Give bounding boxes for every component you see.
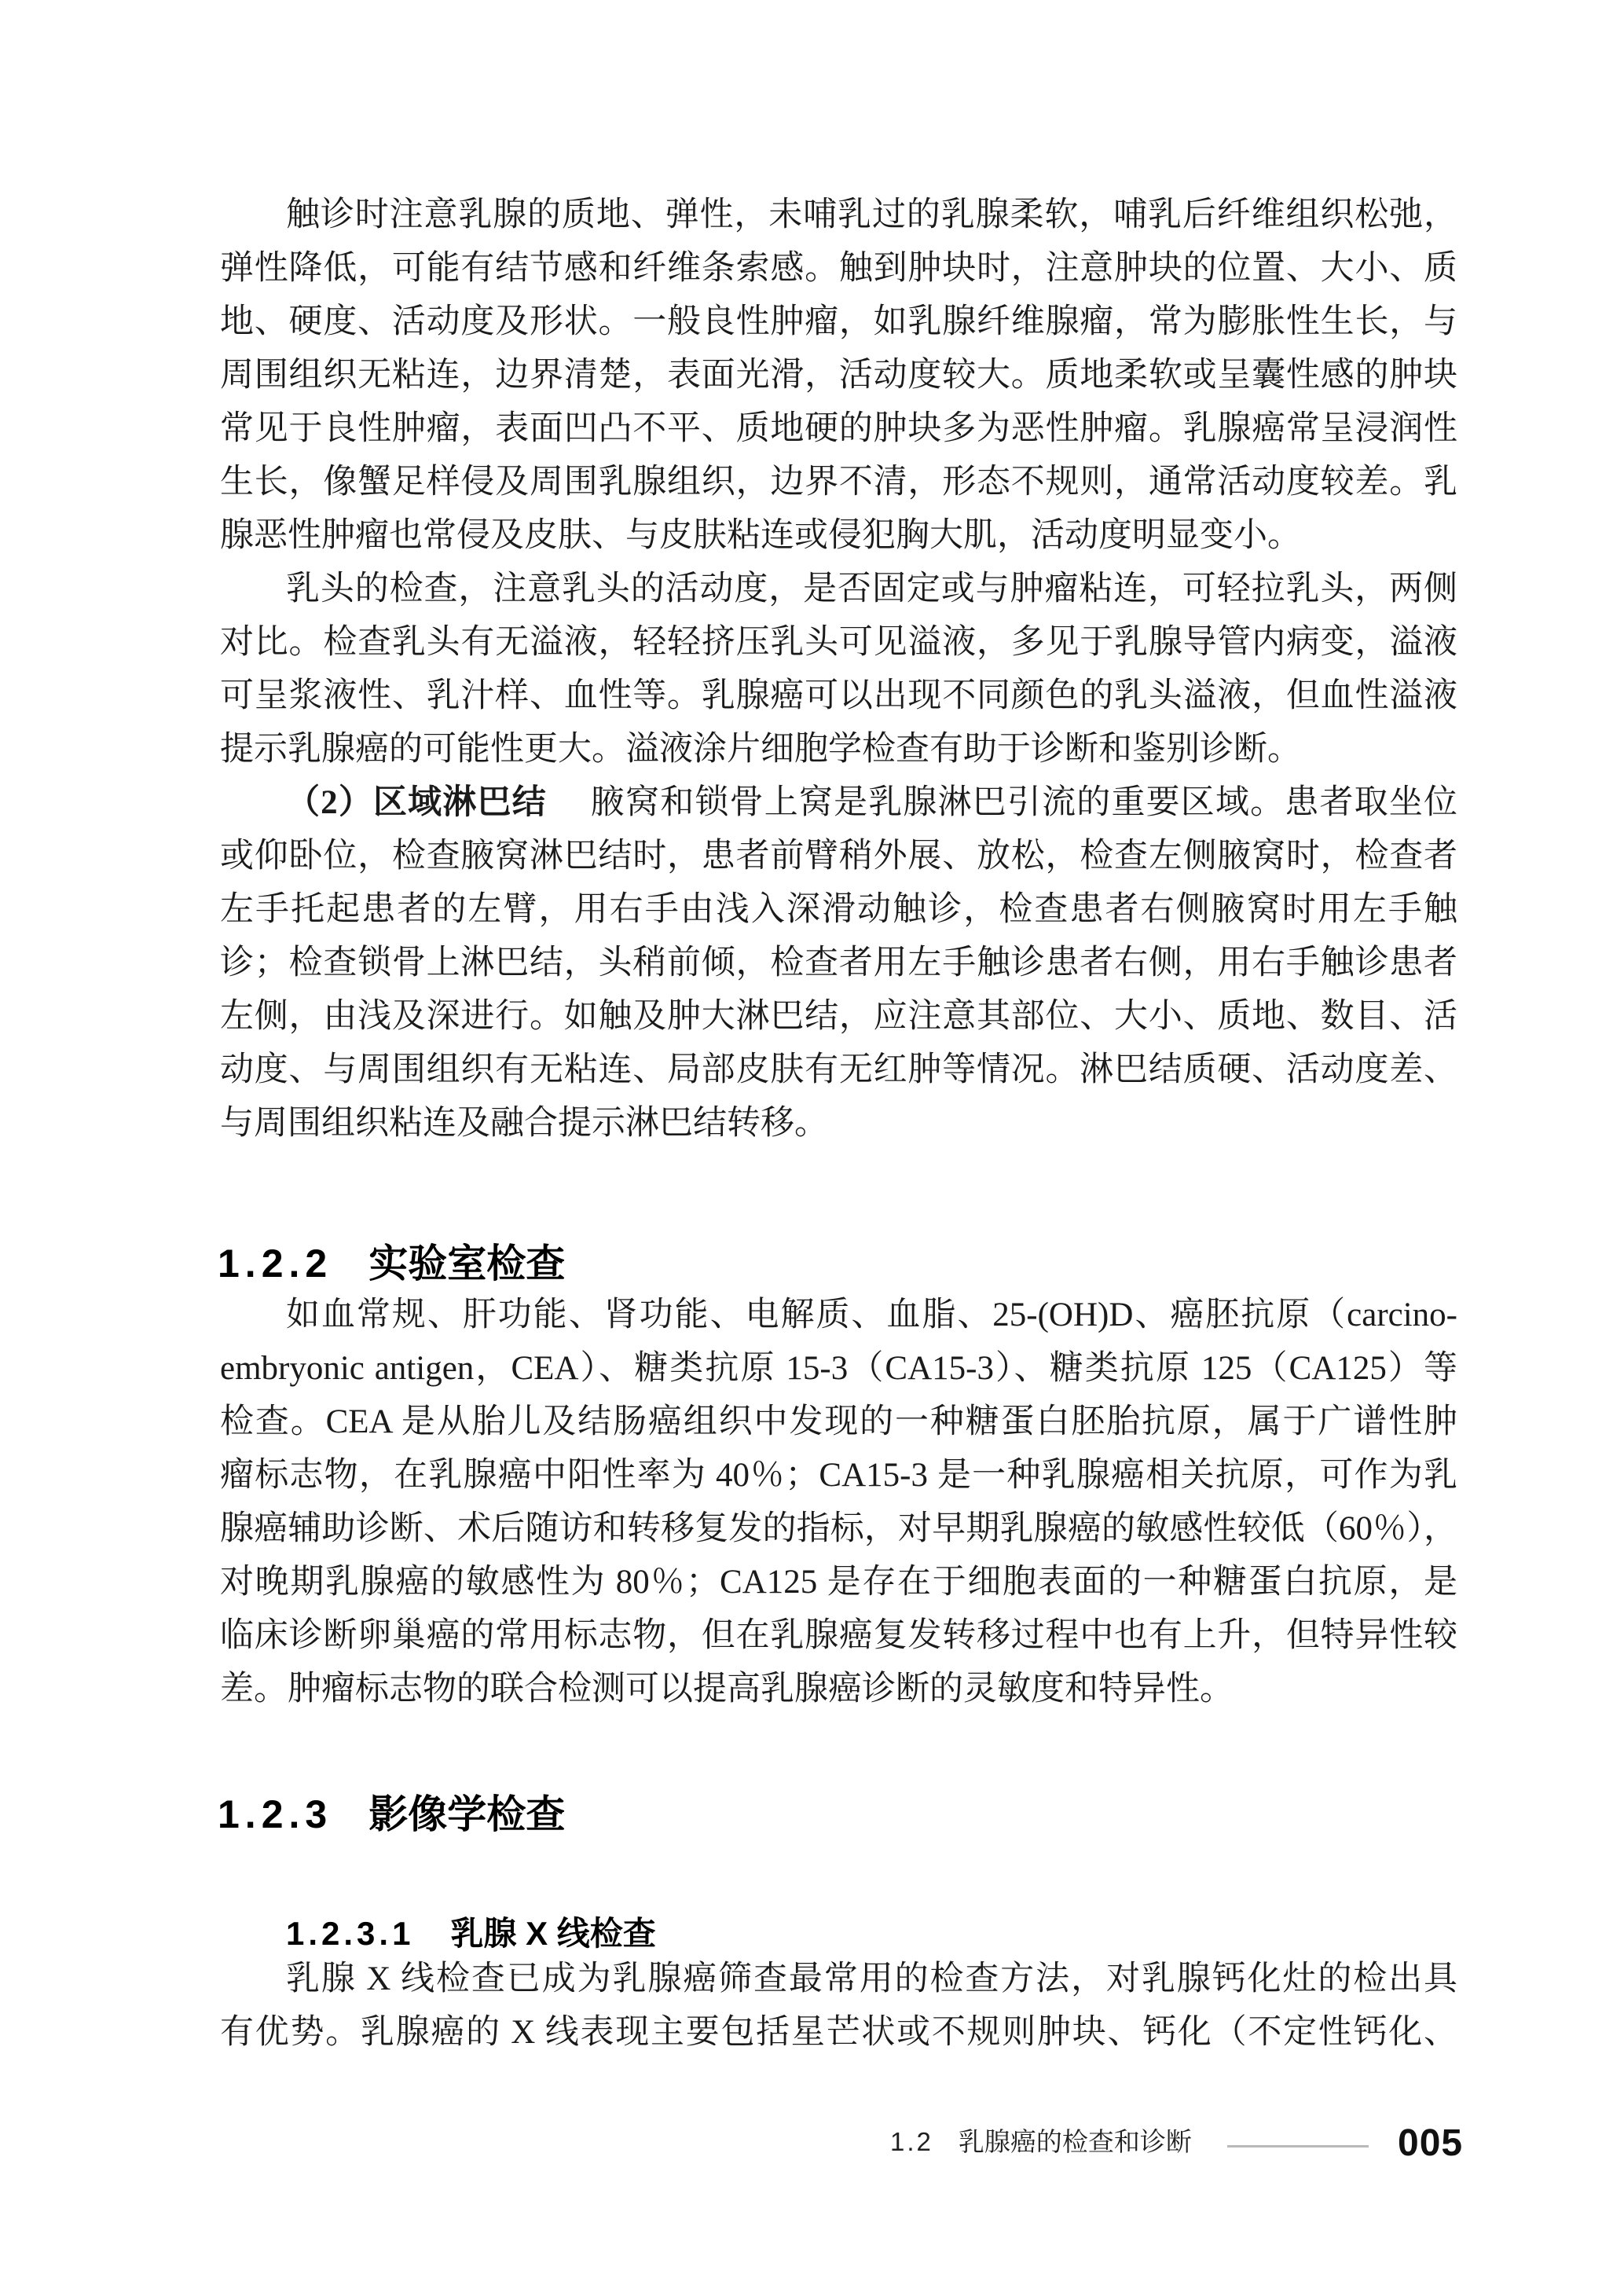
text-line: 与周围组织粘连及融合提示淋巴结转移。 bbox=[220, 1097, 1457, 1150]
text-line: 左手托起患者的左臂，用右手由浅入深滑动触诊，检查患者右侧腋窝时用左手触 bbox=[220, 883, 1457, 937]
text-line: 可呈浆液性、乳汁样、血性等。乳腺癌可以出现不同颜色的乳头溢液，但血性溢液 bbox=[220, 669, 1457, 723]
text-line: 检查。CEA 是从胎儿及结肠癌组织中发现的一种糖蛋白胚胎抗原，属于广谱性肿 bbox=[220, 1396, 1457, 1449]
text-line: 诊；检查锁骨上淋巴结，头稍前倾，检查者用左手触诊患者右侧，用右手触诊患者 bbox=[220, 937, 1457, 990]
paragraph-mammography: 乳腺 X 线检查已成为乳腺癌筛查最常用的检查方法，对乳腺钙化灶的检出具有优势。乳… bbox=[220, 1953, 1457, 2059]
text-run: 腋窝和锁骨上窝是乳腺淋巴引流的重要区域。患者取坐位 bbox=[591, 784, 1457, 821]
text-line: 提示乳腺癌的可能性更大。溢液涂片细胞学检查有助于诊断和鉴别诊断。 bbox=[220, 723, 1457, 776]
text-line: 乳头的检查，注意乳头的活动度，是否固定或与肿瘤粘连，可轻拉乳头，两侧 bbox=[220, 563, 1457, 616]
footer-rule bbox=[1227, 2145, 1369, 2147]
text-line: 对比。检查乳头有无溢液，轻轻挤压乳头可见溢液，多见于乳腺导管内病变，溢液 bbox=[220, 616, 1457, 669]
text-line: 左侧，由浅及深进行。如触及肿大淋巴结，应注意其部位、大小、质地、数目、活 bbox=[220, 990, 1457, 1043]
paragraph-tumor-markers: 如血常规、肝功能、肾功能、电解质、血脂、25-(OH)D、癌胚抗原（carcin… bbox=[220, 1289, 1457, 1716]
page-number: 005 bbox=[1398, 2123, 1463, 2164]
text-line: 如血常规、肝功能、肾功能、电解质、血脂、25-(OH)D、癌胚抗原（carcin… bbox=[220, 1289, 1457, 1342]
text-line: 临床诊断卵巢癌的常用标志物，但在乳腺癌复发转移过程中也有上升，但特异性较 bbox=[220, 1609, 1457, 1663]
text-line: 弹性降低，可能有结节感和纤维条索感。触到肿块时，注意肿块的位置、大小、质 bbox=[220, 242, 1457, 295]
text-line: 地、硬度、活动度及形状。一般良性肿瘤，如乳腺纤维腺瘤，常为膨胀性生长，与 bbox=[220, 295, 1457, 349]
subsection-number: 1.2.3.1 bbox=[286, 1915, 414, 1952]
paragraph-nipple-exam: 乳头的检查，注意乳头的活动度，是否固定或与肿瘤粘连，可轻拉乳头，两侧对比。检查乳… bbox=[220, 563, 1457, 776]
section-heading-lab-tests: 1.2.2实验室检查 bbox=[218, 1242, 565, 1286]
text-line: 有优势。乳腺癌的 X 线表现主要包括星芒状或不规则肿块、钙化（不定性钙化、 bbox=[220, 2006, 1457, 2059]
paragraph-continuation: 或仰卧位，检查腋窝淋巴结时，患者前臂稍外展、放松，检查左侧腋窝时，检查者左手托起… bbox=[220, 830, 1457, 1150]
text-line: 差。肿瘤标志物的联合检测可以提高乳腺癌诊断的灵敏度和特异性。 bbox=[220, 1663, 1457, 1716]
text-line: 生长，像蟹足样侵及周围乳腺组织，边界不清，形态不规则，通常活动度较差。乳 bbox=[220, 456, 1457, 509]
subsection-title: 乳腺 X 线检查 bbox=[450, 1915, 655, 1952]
footer-section-number: 1.2 bbox=[890, 2127, 933, 2156]
text-line: 或仰卧位，检查腋窝淋巴结时，患者前臂稍外展、放松，检查左侧腋窝时，检查者 bbox=[220, 830, 1457, 883]
text-line: 瘤标志物，在乳腺癌中阳性率为 40％；CA15-3 是一种乳腺癌相关抗原，可作为… bbox=[220, 1449, 1457, 1502]
text-line: 腺恶性肿瘤也常侵及皮肤、与皮肤粘连或侵犯胸大肌，活动度明显变小。 bbox=[220, 509, 1457, 563]
footer-running-title: 1.2乳腺癌的检查和诊断 bbox=[890, 2126, 1192, 2158]
section-heading-imaging: 1.2.3影像学检查 bbox=[218, 1792, 565, 1836]
section-title: 实验室检查 bbox=[368, 1242, 565, 1286]
text-line: 触诊时注意乳腺的质地、弹性，未哺乳过的乳腺柔软，哺乳后纤维组织松弛， bbox=[220, 189, 1457, 242]
section-number: 1.2.3 bbox=[218, 1792, 332, 1836]
text-line: 对晚期乳腺癌的敏感性为 80％；CA125 是存在于细胞表面的一种糖蛋白抗原，是 bbox=[220, 1556, 1457, 1609]
text-line: 乳腺 X 线检查已成为乳腺癌筛查最常用的检查方法，对乳腺钙化灶的检出具 bbox=[220, 1953, 1457, 2006]
list-item-label: （2）区域淋巴结 bbox=[286, 784, 547, 821]
section-title: 影像学检查 bbox=[368, 1792, 565, 1836]
text-line: embryonic antigen，CEA）、糖类抗原 15-3（CA15-3）… bbox=[220, 1342, 1457, 1396]
text-line: 腺癌辅助诊断、术后随访和转移复发的指标，对早期乳腺癌的敏感性较低（60％）， bbox=[220, 1502, 1457, 1556]
text-line: 动度、与周围组织有无粘连、局部皮肤有无红肿等情况。淋巴结质硬、活动度差、 bbox=[220, 1043, 1457, 1097]
paragraph-palpation: 触诊时注意乳腺的质地、弹性，未哺乳过的乳腺柔软，哺乳后纤维组织松弛，弹性降低，可… bbox=[220, 189, 1457, 563]
subsection-heading-mammography: 1.2.3.1乳腺 X 线检查 bbox=[286, 1915, 656, 1953]
text-line: 周围组织无粘连，边界清楚，表面光滑，活动度较大。质地柔软或呈囊性感的肿块 bbox=[220, 349, 1457, 402]
book-page: 触诊时注意乳腺的质地、弹性，未哺乳过的乳腺柔软，哺乳后纤维组织松弛，弹性降低，可… bbox=[0, 0, 1624, 2274]
paragraph-regional-lymph-nodes: （2）区域淋巴结腋窝和锁骨上窝是乳腺淋巴引流的重要区域。患者取坐位 或仰卧位，检… bbox=[220, 776, 1457, 1150]
footer-section-title: 乳腺癌的检查和诊断 bbox=[959, 2127, 1192, 2156]
text-line: 常见于良性肿瘤，表面凹凸不平、质地硬的肿块多为恶性肿瘤。乳腺癌常呈浸润性 bbox=[220, 402, 1457, 456]
text-line: （2）区域淋巴结腋窝和锁骨上窝是乳腺淋巴引流的重要区域。患者取坐位 bbox=[220, 776, 1457, 830]
section-number: 1.2.2 bbox=[218, 1242, 332, 1286]
